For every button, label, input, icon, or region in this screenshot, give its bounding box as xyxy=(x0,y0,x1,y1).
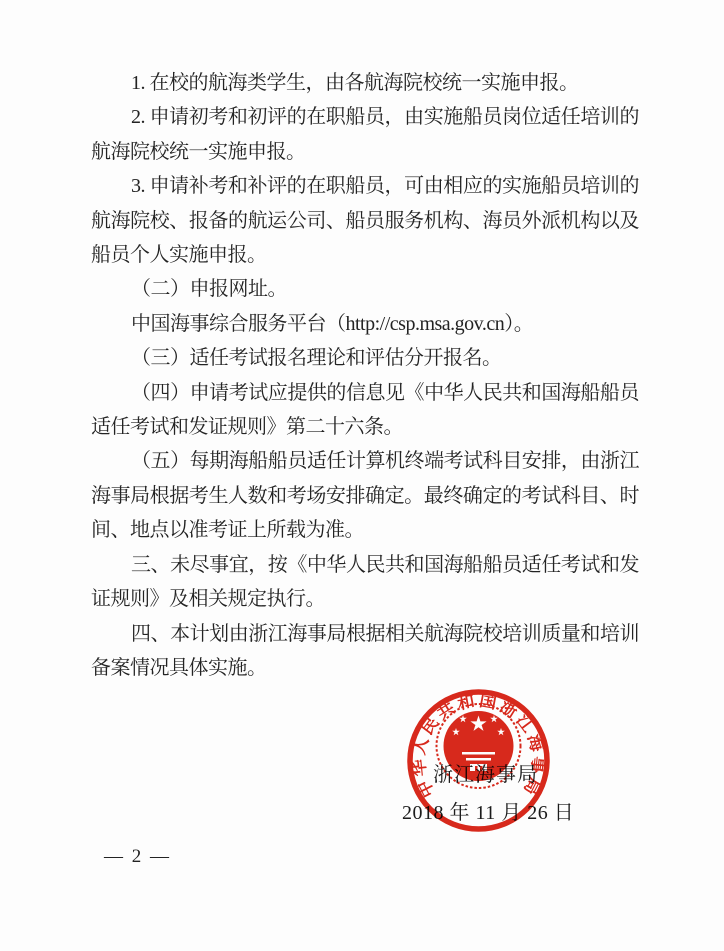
body-paragraph: 中国海事综合服务平台（http://csp.msa.gov.cn）。 xyxy=(91,307,639,341)
body-paragraph: （三）适任考试报名理论和评估分开报名。 xyxy=(91,341,639,375)
body-paragraph: （二）申报网址。 xyxy=(91,272,639,306)
body-paragraph: （五）每期海船船员适任计算机终端考试科目安排，由浙江海事局根据考生人数和考场安排… xyxy=(91,444,639,547)
document-page: 1. 在校的航海类学生，由各航海院校统一实施申报。 2. 申请初考和初评的在职船… xyxy=(0,0,724,951)
body-paragraph: （四）申请考试应提供的信息见《中华人民共和国海船船员适任考试和发证规则》第二十六… xyxy=(91,376,639,445)
page-number: — 2 — xyxy=(104,846,171,868)
body-paragraph: 四、本计划由浙江海事局根据相关航海院校培训质量和培训备案情况具体实施。 xyxy=(91,617,639,686)
official-seal: 中华人民共和国浙江海事局 xyxy=(406,688,551,833)
document-body: 1. 在校的航海类学生，由各航海院校统一实施申报。 2. 申请初考和初评的在职船… xyxy=(91,66,639,685)
body-paragraph: 三、未尽事宜，按《中华人民共和国海船船员适任考试和发证规则》及相关规定执行。 xyxy=(91,548,639,617)
body-paragraph: 1. 在校的航海类学生，由各航海院校统一实施申报。 xyxy=(91,66,639,100)
body-paragraph: 2. 申请初考和初评的在职船员，由实施船员岗位适任培训的航海院校统一实施申报。 xyxy=(91,100,639,169)
body-paragraph: 3. 申请补考和补评的在职船员，可由相应的实施船员培训的航海院校、报备的航运公司… xyxy=(91,169,639,272)
